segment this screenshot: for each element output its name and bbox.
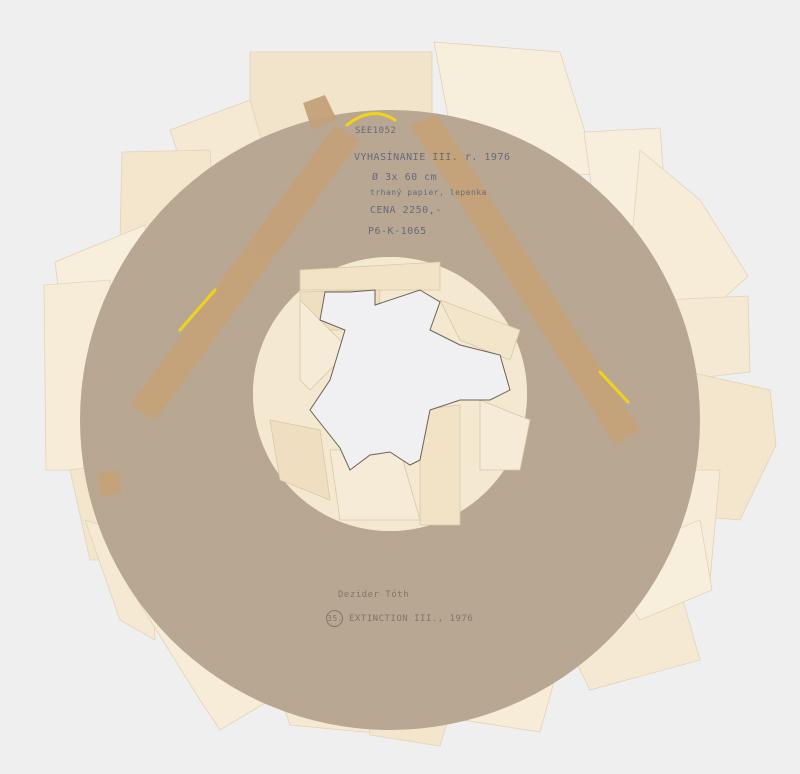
inscription-title-year: VYHASÍNANIE III. r. 1976 xyxy=(354,152,511,163)
circled-number: 35. xyxy=(326,610,343,627)
inscription-medium: trhaný papier, lepenka xyxy=(370,188,487,197)
inscription-dimensions: Ø 3x 60 cm xyxy=(372,172,437,183)
inscription-bottom-title: 35.EXTINCTION III., 1976 xyxy=(326,610,473,627)
inscription-price: CENA 2250,- xyxy=(370,205,442,216)
artwork-photo: SEE1052 VYHASÍNANIE III. r. 1976 Ø 3x 60… xyxy=(0,0,800,774)
inscription-catalog-id: SEE1052 xyxy=(355,126,396,136)
inscription-title-english: EXTINCTION III., 1976 xyxy=(349,614,473,624)
inscription-inventory-number: P6-K-1065 xyxy=(368,226,427,237)
inscription-artist-name: Dezider Tóth xyxy=(338,590,409,600)
collage-illustration xyxy=(0,0,800,774)
